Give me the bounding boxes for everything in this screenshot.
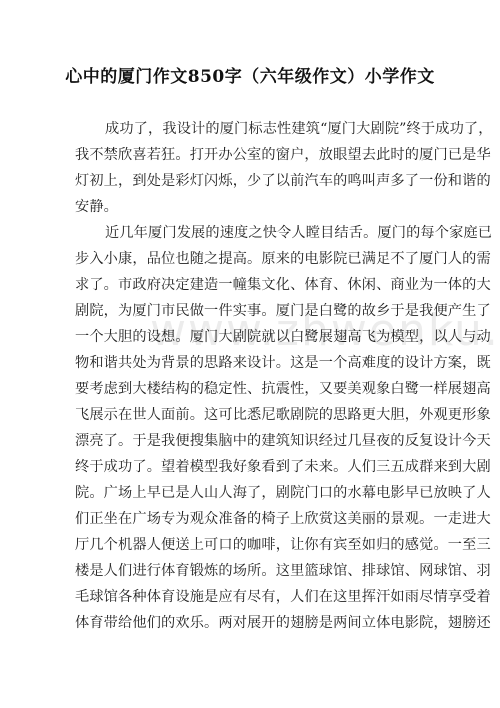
- text-line: 安静。: [75, 194, 435, 220]
- text-line: 近几年厦门发展的速度之快令人瞠目结舌。厦门的每个家庭已: [75, 220, 435, 246]
- text-line: 求了。市政府决定建造一幢集文化、体育、休闲、商业为一体的大: [75, 272, 435, 298]
- text-line: 毛球馆各种体育设施是应有尽有，人们在这里挥汗如雨尽情享受着: [75, 584, 435, 610]
- text-line: 体育带给他们的欢乐。两对展开的翅膀是两间立体电影院，翅膀还: [75, 610, 435, 636]
- text-line: 物和谐共处为背景的思路来设计。这是一个高难度的设计方案，既: [75, 350, 435, 376]
- text-line: 楼是人们进行体育锻炼的场所。这里篮球馆、排球馆、网球馆、羽: [75, 558, 435, 584]
- text-line: 要考虑到大楼结构的稳定性、抗震性，又要美观象白鹭一样展翅高: [75, 376, 435, 402]
- text-line: 漂亮了。于是我便搜集脑中的建筑知识经过几昼夜的反复设计今天: [75, 428, 435, 454]
- text-line: 我不禁欣喜若狂。打开办公室的窗户，放眼望去此时的厦门已是华: [75, 142, 435, 168]
- text-line: 成功了，我设计的厦门标志性建筑“厦门大剧院”终于成功了，: [75, 116, 435, 142]
- text-line: 厅几个机器人便送上可口的咖啡，让你有宾至如归的感觉。一至三: [75, 532, 435, 558]
- text-line: 飞展示在世人面前。这可比悉尼歌剧院的思路更大胆，外观更形象: [75, 402, 435, 428]
- text-line: 一个大胆的设想。厦门大剧院就以白鹭展翅高飞为模型，以人与动: [75, 324, 435, 350]
- document-body: 成功了，我设计的厦门标志性建筑“厦门大剧院”终于成功了， 我不禁欣喜若狂。打开办…: [75, 116, 435, 636]
- text-line: 院。广场上早已是人山人海了，剧院门口的水幕电影早已放映了人: [75, 480, 435, 506]
- text-line: 灯初上，到处是彩灯闪烁，少了以前汽车的鸣叫声多了一份和谐的: [75, 168, 435, 194]
- text-line: 剧院，为厦门市民做一件实事。厦门是白鹭的故乡于是我便产生了: [75, 298, 435, 324]
- text-line: 们正坐在广场专为观众准备的椅子上欣赏这美丽的景观。一走进大: [75, 506, 435, 532]
- text-line: 步入小康，品位也随之提高。原来的电影院已满足不了厦门人的需: [75, 246, 435, 272]
- document-title: 心中的厦门作文850字（六年级作文）小学作文: [0, 62, 500, 87]
- text-line: 终于成功了。望着模型我好象看到了未来。人们三五成群来到大剧: [75, 454, 435, 480]
